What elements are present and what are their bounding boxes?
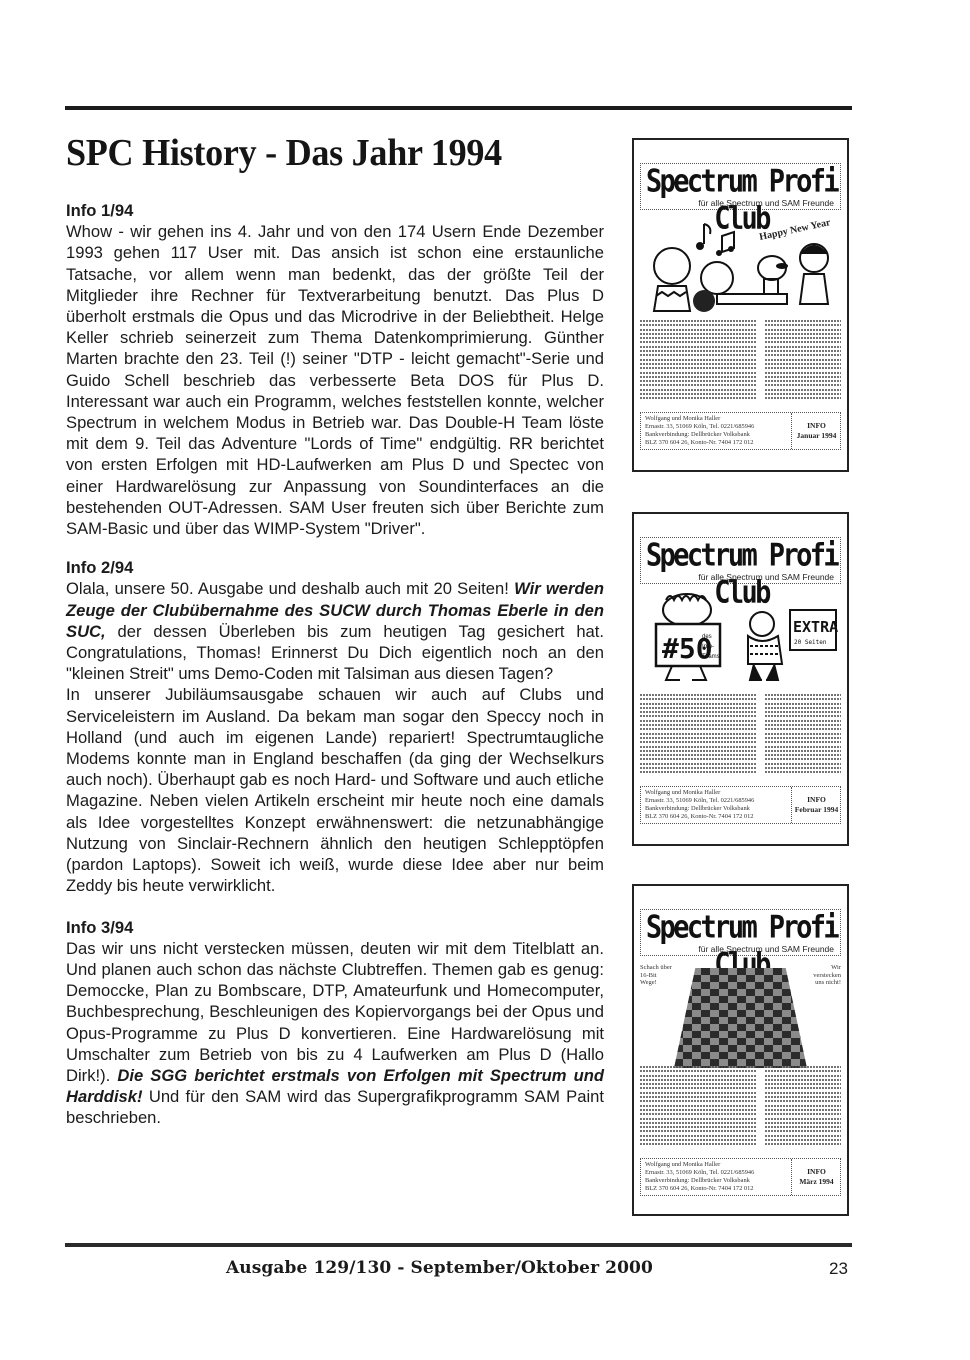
text-run: der dessen Überleben bis zum heutigen Ta… (66, 622, 604, 683)
issue-label: INFOFebruar 1994 (793, 795, 840, 815)
bottom-rule (65, 1243, 852, 1247)
section-heading: Info 2/94 (66, 557, 604, 578)
chessboard-illustration-icon (674, 968, 807, 1068)
section-heading: Info 1/94 (66, 200, 604, 221)
article-body: Info 1/94 Whow - wir gehen ins 4. Jahr u… (66, 200, 604, 1146)
masthead-subtitle: für alle Spectrum und SAM Freunde (698, 198, 834, 208)
club-address: Wolfgang und Monika HallerErnastr. 33, 5… (645, 1161, 785, 1193)
anniversary-illustration-icon: #50 des Info- Teams EXTRA 20 Seiten (642, 590, 842, 690)
section-heading: Info 3/94 (66, 917, 604, 938)
svg-text:20 Seiten: 20 Seiten (794, 639, 827, 646)
issue-label: INFOJanuar 1994 (793, 421, 840, 441)
cover-side-note-left: Schach über 16-Bit Wege! (640, 964, 674, 987)
cover-side-note-right: Wir verstecken uns nicht! (807, 964, 841, 987)
masthead-subtitle: für alle Spectrum und SAM Freunde (698, 944, 834, 954)
svg-text:Happy New Year: Happy New Year (758, 217, 832, 243)
text-run: Und für den SAM wird das Supergrafikprog… (66, 1087, 604, 1127)
table-of-contents (640, 694, 841, 782)
text-run: Olala, unsere 50. Ausgabe und deshalb au… (66, 579, 514, 598)
top-rule (65, 106, 852, 110)
section-paragraph: In unserer Jubiläumsausgabe schauen wir … (66, 684, 604, 896)
cover-footer: Wolfgang und Monika HallerErnastr. 33, 5… (640, 1158, 841, 1196)
masthead-subtitle: für alle Spectrum und SAM Freunde (698, 572, 834, 582)
issue-footer: Ausgabe 129/130 - September/Oktober 2000 (226, 1258, 653, 1278)
svg-text:Teams: Teams (702, 654, 720, 660)
page-title: SPC History - Das Jahr 1994 (66, 131, 502, 175)
section-paragraph: Das wir uns nicht verstecken müssen, deu… (66, 938, 604, 1129)
svg-text:Info-: Info- (702, 644, 714, 650)
cover-masthead: Spectrum Profi Club für alle Spectrum un… (640, 163, 841, 210)
issue-label: INFOMärz 1994 (793, 1167, 840, 1187)
cover-thumbnail-februar-1994: Spectrum Profi Club für alle Spectrum un… (632, 512, 849, 846)
section-paragraph: Olala, unsere 50. Ausgabe und deshalb au… (66, 578, 604, 684)
section-info-1-94: Info 1/94 Whow - wir gehen ins 4. Jahr u… (66, 200, 604, 539)
text-run: Das wir uns nicht verstecken müssen, deu… (66, 939, 604, 1085)
club-address: Wolfgang und Monika HallerErnastr. 33, 5… (645, 415, 785, 447)
svg-text:EXTRA: EXTRA (793, 618, 838, 636)
cover-masthead: Spectrum Profi Club für alle Spectrum un… (640, 537, 841, 584)
cover-thumbnail-januar-1994: Spectrum Profi Club für alle Spectrum un… (632, 138, 849, 472)
table-of-contents (640, 320, 841, 408)
club-address: Wolfgang und Monika HallerErnastr. 33, 5… (645, 789, 785, 821)
cover-thumbnail-maerz-1994: Spectrum Profi Club für alle Spectrum un… (632, 884, 849, 1216)
page-number: 23 (829, 1259, 848, 1279)
svg-text:des: des (702, 634, 712, 640)
cover-footer: Wolfgang und Monika HallerErnastr. 33, 5… (640, 412, 841, 450)
cover-masthead: Spectrum Profi Club für alle Spectrum un… (640, 909, 841, 956)
cover-footer: Wolfgang und Monika HallerErnastr. 33, 5… (640, 786, 841, 824)
table-of-contents (640, 1066, 841, 1154)
section-paragraph: Whow - wir gehen ins 4. Jahr und von den… (66, 221, 604, 539)
section-info-3-94: Info 3/94 Das wir uns nicht verstecken m… (66, 917, 604, 1129)
section-info-2-94: Info 2/94 Olala, unsere 50. Ausgabe und … (66, 557, 604, 896)
peanuts-illustration-icon: Happy New Year (642, 216, 842, 316)
